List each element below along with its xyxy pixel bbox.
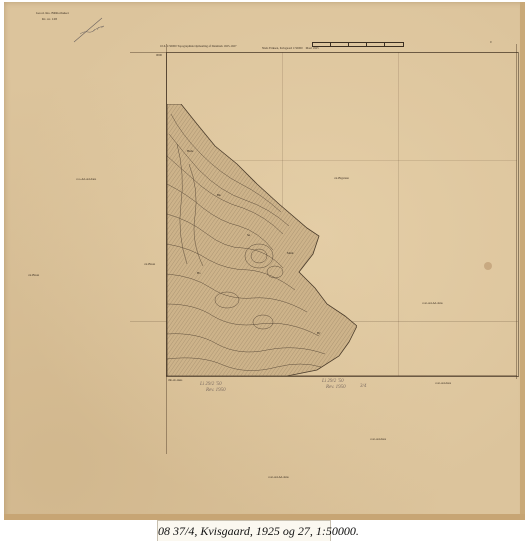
pencil-note-2-line2: Rev. 1950: [322, 385, 346, 391]
topographic-terrain: HedeBk. SøMark HoBy: [167, 104, 357, 376]
corner-number-tl: 0000: [156, 53, 162, 57]
archive-caption-label: 08 37/4, Kvisgaard, 1925 og 27, 1:50000.: [157, 520, 331, 541]
grid-label-inner-left: cst-Btsan: [144, 262, 155, 266]
grid-label-left-mid: cst-Btsan: [28, 273, 39, 277]
grid-label-bottom-low: cost-Ad-Ad-dans: [268, 475, 289, 479]
grid-label-left-upper: coo-Ad-Ad-dans: [76, 177, 96, 181]
map-header-title: 10.6. 1:50000 Topographisk Opmaaling af …: [160, 44, 237, 48]
svg-text:Hede: Hede: [187, 149, 194, 153]
sheet-right-edge: [520, 2, 525, 520]
pencil-scribble-icon: [72, 14, 122, 44]
pencil-note-2: Li 29/2 '50 Rev. 1950: [322, 379, 346, 391]
svg-text:Bk.: Bk.: [217, 193, 222, 197]
grid-label-bottom-right: cost-Ad-dans: [435, 381, 451, 385]
paper-stain: [484, 262, 492, 270]
pencil-note-1: Li 29/2 '50 Rev. 1950: [200, 382, 226, 394]
svg-text:Mark: Mark: [287, 251, 294, 255]
map-header-sheet: Niels Eriksen, Kvisgaard 1:50000 Maal 19…: [262, 46, 319, 50]
svg-text:Sø: Sø: [247, 233, 251, 237]
stamp-line-2: Kt. nr. 128: [36, 16, 69, 22]
scale-bar: [312, 42, 404, 47]
pencil-note-1-line2: Rev. 1950: [200, 388, 226, 394]
svg-text:By: By: [317, 331, 321, 335]
corner-number-tr: 0: [490, 40, 492, 44]
svg-text:Ho: Ho: [197, 271, 201, 275]
grid-label-right-mid: cost-Ad-Ad-dans: [422, 301, 443, 305]
library-stamp: Geod. Ins. Bibliotheket Kt. nr. 128: [36, 10, 69, 22]
grid-label-frame-bl: rhb-ab-dans: [168, 378, 182, 382]
grid-label-bottom-center: cost-Ad-dans: [370, 437, 386, 441]
pencil-note-3: 3/4: [360, 384, 366, 390]
grid-label-top-right: cst-Btgatsan: [334, 176, 349, 180]
header-sheet-name: Niels Eriksen, Kvisgaard 1:50000: [262, 46, 303, 50]
